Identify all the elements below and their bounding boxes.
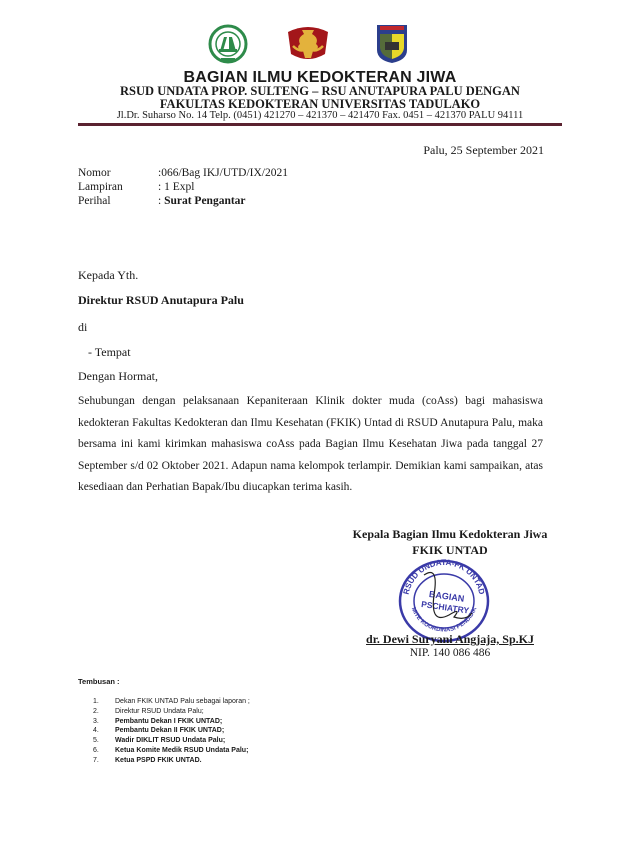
tembusan-item: 4.Pembantu Dekan II FKIK UNTAD;	[93, 726, 250, 736]
nomor-label: Nomor	[78, 166, 158, 180]
tembusan-item-text: Pembantu Dekan II FKIK UNTAD;	[115, 726, 224, 736]
perihal-value: Surat Pengantar	[164, 194, 245, 208]
letter-body: Sehubungan dengan pelaksanaan Kepanitera…	[78, 391, 543, 499]
letterhead-divider	[78, 123, 562, 126]
tembusan-title: Tembusan :	[78, 677, 120, 686]
tembusan-item-text: Wadir DIKLIT RSUD Undata Palu;	[115, 736, 225, 746]
tembusan-item-text: Direktur RSUD Undata Palu;	[115, 707, 204, 717]
rsud-undata-logo	[206, 24, 250, 64]
tembusan-item-text: Ketua Komite Medik RSUD Undata Palu;	[115, 746, 248, 756]
meta-nomor: Nomor :066/Bag IKJ/UTD/IX/2021	[78, 166, 288, 180]
signer-position: Kepala Bagian Ilmu Kedokteran Jiwa	[330, 527, 570, 542]
greeting: Dengan Hormat,	[78, 369, 158, 384]
official-stamp: RSUD UNDATA-FK UNTAD KOMITE KOORDINASI P…	[394, 555, 494, 643]
tembusan-item-number: 4.	[93, 726, 115, 736]
recipient-salutation: Kepada Yth.	[78, 268, 138, 283]
tembusan-item: 3.Pembantu Dekan I FKIK UNTAD;	[93, 717, 250, 727]
tembusan-item-text: Dekan FKIK UNTAD Palu sebagai laporan ;	[115, 697, 250, 707]
meta-lampiran: Lampiran : 1 Expl	[78, 180, 288, 194]
tembusan-item-number: 1.	[93, 697, 115, 707]
tembusan-item-text: Ketua PSPD FKIK UNTAD.	[115, 756, 202, 766]
tembusan-item: 2.Direktur RSUD Undata Palu;	[93, 707, 250, 717]
tembusan-item: 7.Ketua PSPD FKIK UNTAD.	[93, 756, 250, 766]
universitas-tadulako-logo	[285, 24, 331, 62]
recipient-name: Direktur RSUD Anutapura Palu	[78, 293, 244, 308]
tembusan-item-number: 2.	[93, 707, 115, 717]
tembusan-item-number: 5.	[93, 736, 115, 746]
tembusan-item-number: 6.	[93, 746, 115, 756]
tembusan-item: 5.Wadir DIKLIT RSUD Undata Palu;	[93, 736, 250, 746]
tembusan-item-text: Pembantu Dekan I FKIK UNTAD;	[115, 717, 222, 727]
meta-perihal: Perihal : Surat Pengantar	[78, 194, 288, 208]
tembusan-item: 6.Ketua Komite Medik RSUD Undata Palu;	[93, 746, 250, 756]
lampiran-label: Lampiran	[78, 180, 158, 194]
lampiran-value: : 1 Expl	[158, 180, 194, 194]
tembusan-item-number: 7.	[93, 756, 115, 766]
letterhead-address: Jl.Dr. Suharso No. 14 Telp. (0451) 42127…	[0, 110, 640, 121]
nomor-value: :066/Bag IKJ/UTD/IX/2021	[158, 166, 288, 180]
letter-meta: Nomor :066/Bag IKJ/UTD/IX/2021 Lampiran …	[78, 166, 288, 208]
signer-name: dr. Dewi Suryani Angjaja, Sp.KJ	[330, 632, 570, 647]
perihal-label: Perihal	[78, 194, 158, 208]
recipient-place: - Tempat	[88, 345, 131, 360]
sulteng-province-logo	[376, 24, 408, 64]
svg-text:RSUD UNDATA-FK UNTAD: RSUD UNDATA-FK UNTAD	[402, 558, 487, 596]
tembusan-list: 1.Dekan FKIK UNTAD Palu sebagai laporan …	[93, 697, 250, 766]
signer-nip: NIP. 140 086 486	[330, 647, 570, 659]
recipient-di: di	[78, 320, 87, 335]
tembusan-item-number: 3.	[93, 717, 115, 727]
tembusan-item: 1.Dekan FKIK UNTAD Palu sebagai laporan …	[93, 697, 250, 707]
letter-date: Palu, 25 September 2021	[423, 143, 544, 158]
